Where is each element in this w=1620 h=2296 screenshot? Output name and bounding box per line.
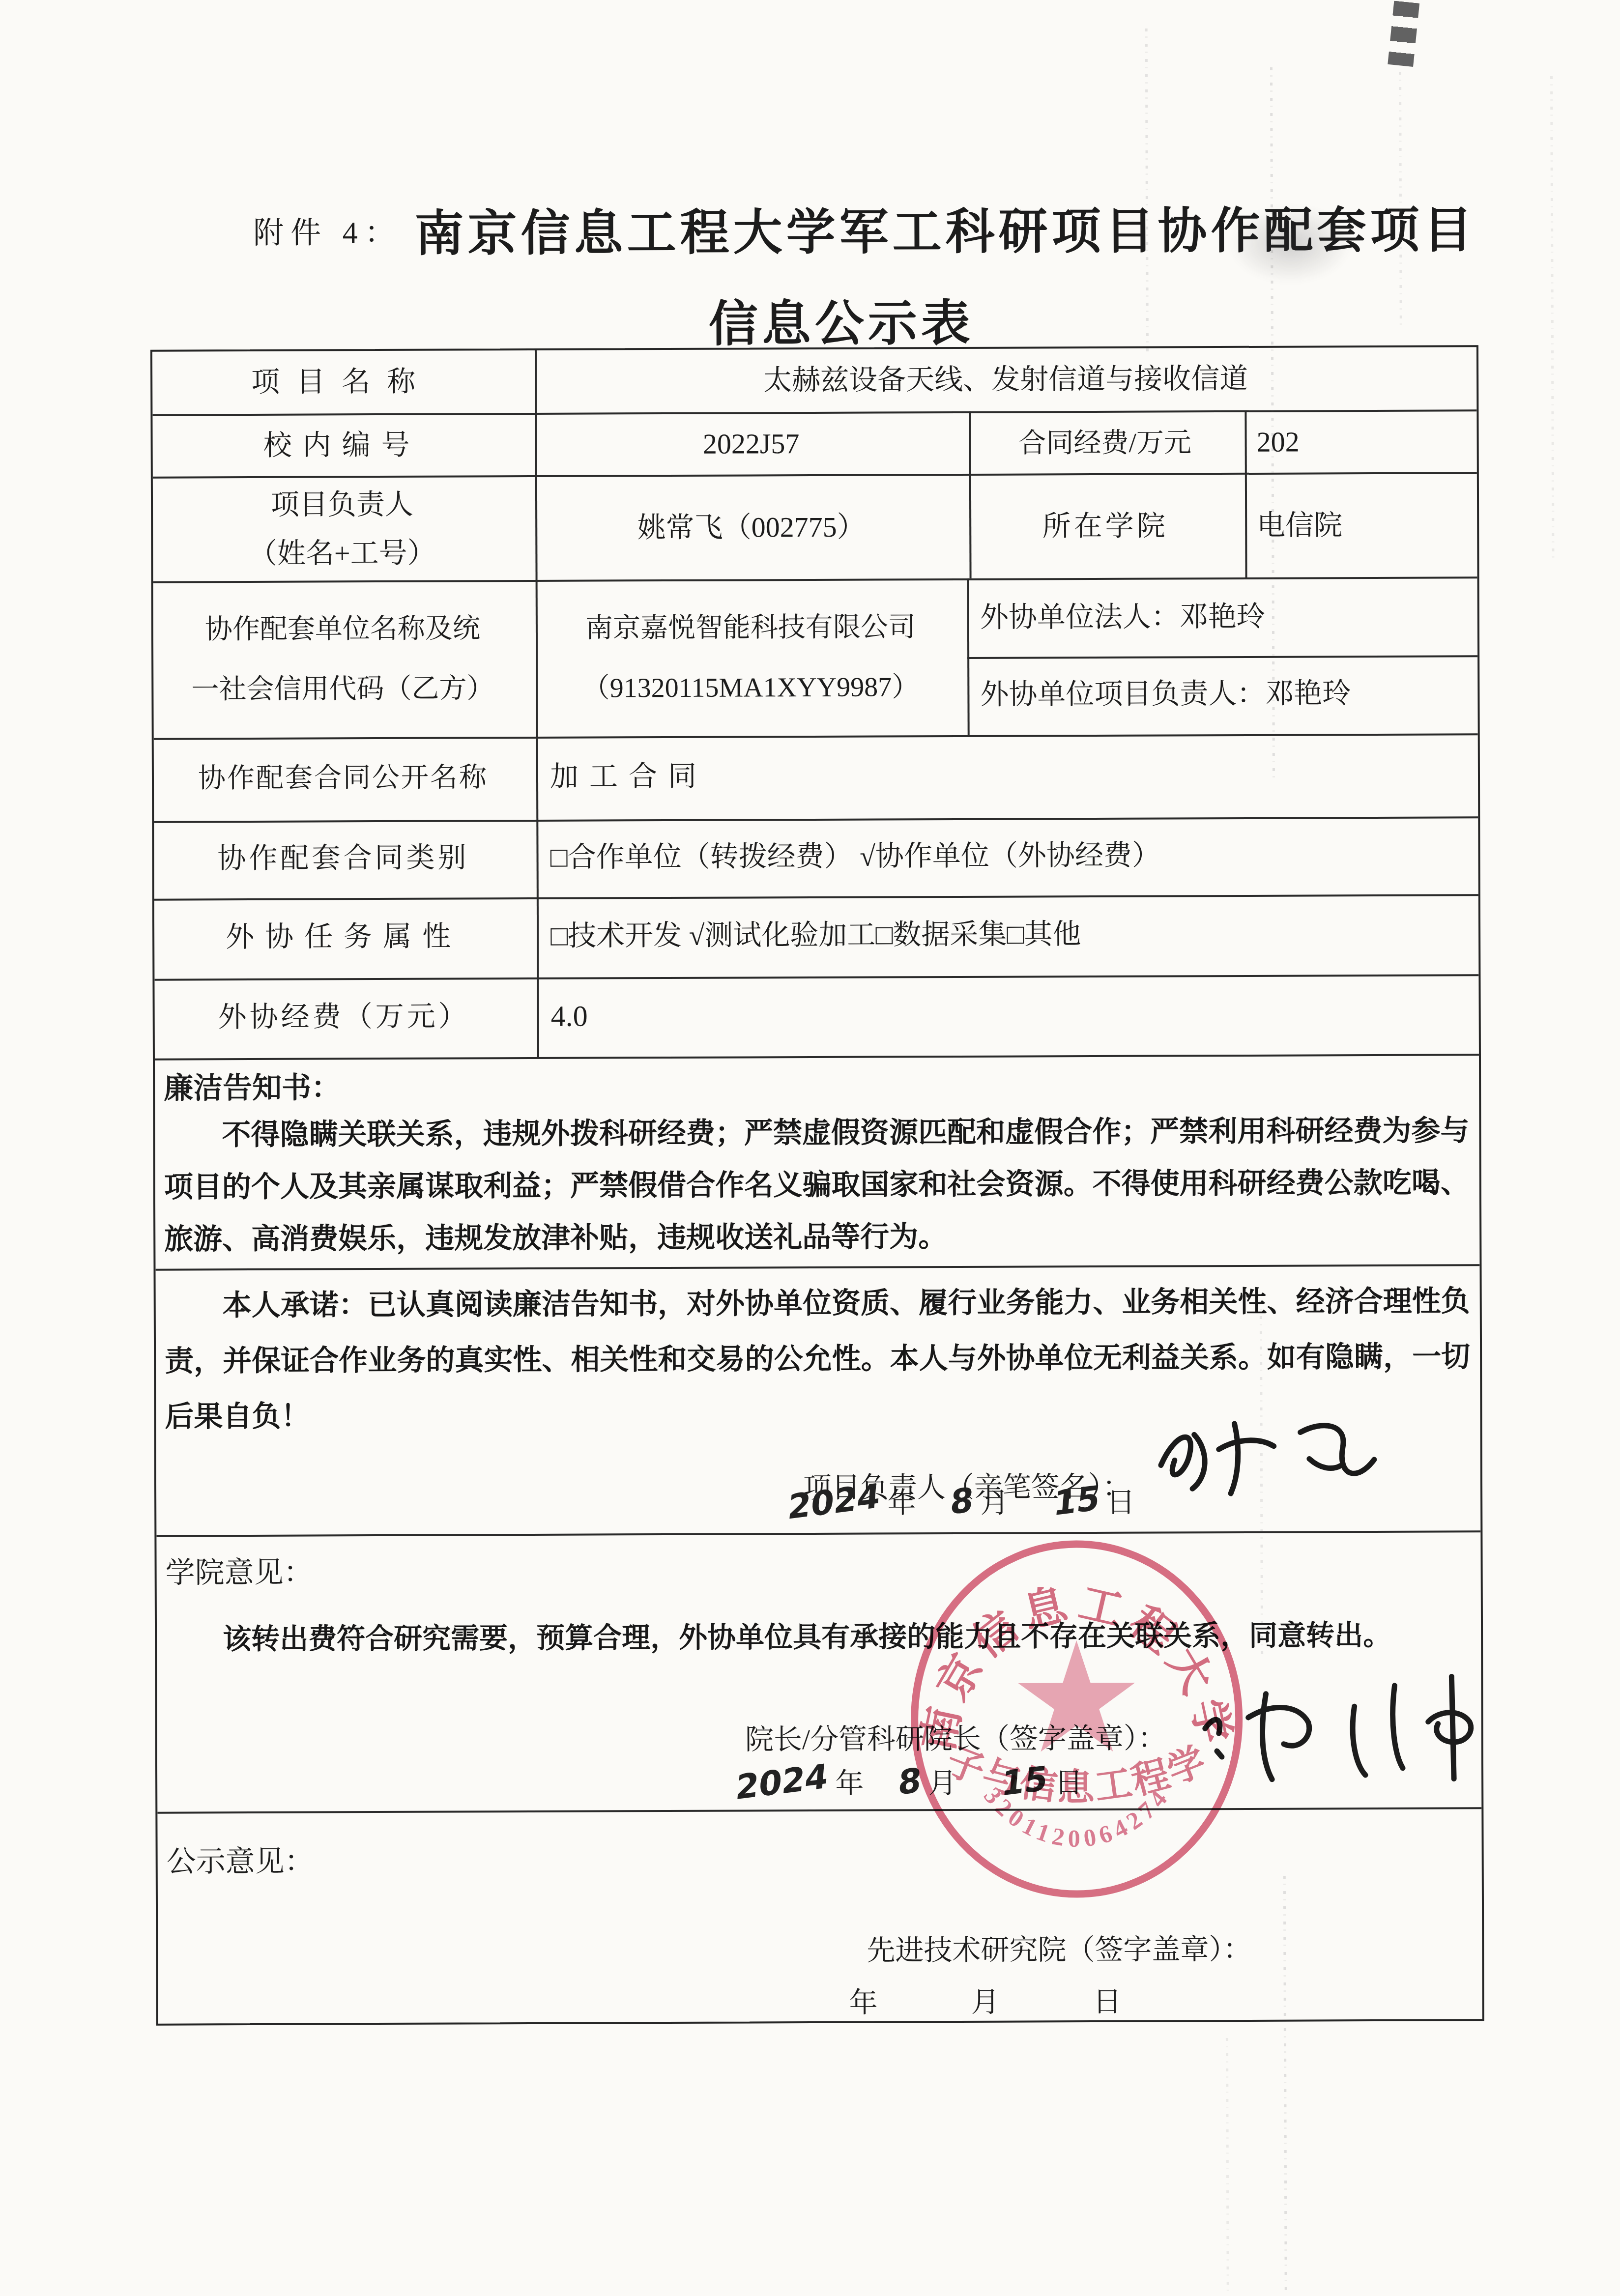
blank-date-line: 年 月 日 [849, 1978, 1215, 2021]
month-label: 月 [971, 1979, 1000, 2020]
college-value: 电信院 [1257, 474, 1474, 577]
official-seal-stamp: 南京信息工程大学 电子与信息工程学院 3201120064274 [901, 1532, 1257, 1912]
day-label: 日 [1106, 1479, 1135, 1521]
handwritten-day: 15 [1052, 1478, 1101, 1523]
year-label: 年 [835, 1760, 864, 1802]
day-label: 日 [1093, 1979, 1122, 2020]
partner-pi-label: 外协单位项目负责人： [980, 676, 1265, 713]
partner-label-line2: 一社会信用代码（乙方） [191, 671, 494, 707]
partner-value-line2: （91320115MA1XYY9987） [582, 670, 919, 705]
year-label: 年 [849, 1980, 878, 2021]
integrity-body: 不得隐瞒关联关系，违规外拨科研经费；严禁虚假资源匹配和虚假合作；严禁利用科研经费… [164, 1104, 1470, 1265]
partner-pi-value: 邓艳玲 [1265, 676, 1351, 712]
divider-line [157, 1807, 1481, 1813]
contract-type-value: □合作单位（转拨经费） √协作单位（外协经费） [550, 816, 1475, 895]
integrity-title: 廉洁告知书： [164, 1064, 341, 1107]
form-title-line2: 信息公示表 [708, 284, 974, 355]
scan-artifact [1550, 76, 1554, 558]
contract-type-label: 协作配套合同类别 [152, 820, 535, 897]
divider-line [156, 1530, 1480, 1537]
partner-legal-value: 邓艳玲 [1180, 599, 1265, 635]
college-label: 所在学院 [969, 475, 1242, 578]
pi-label-line2: （姓名+工号） [249, 535, 436, 572]
scan-artifact [1145, 29, 1149, 353]
scan-artifact [1388, 0, 1419, 67]
pi-value: 姚常飞（002775） [535, 476, 968, 580]
month-label: 月 [981, 1480, 1009, 1521]
contract-fund-value: 202 [1256, 411, 1473, 473]
handwritten-year: 2024 [786, 1476, 882, 1527]
outsourcing-fund-value: 4.0 [550, 974, 1475, 1055]
paper-sheet: 附件 4： 南京信息工程大学军工科研项目协作配套项目 信息公示表 项目名称 太赫… [0, 0, 1620, 2296]
task-attribute-label: 外协任务属性 [152, 897, 535, 977]
scanned-form-page: 附件 4： 南京信息工程大学军工科研项目协作配套项目 信息公示表 项目名称 太赫… [0, 0, 1620, 2296]
partner-value-line1: 南京嘉悦智能科技有限公司 [585, 610, 916, 645]
seal-star [1018, 1640, 1135, 1752]
contract-public-name-value: 加工合同 [550, 733, 1475, 818]
divider-line [967, 578, 970, 735]
divider-line [1244, 410, 1247, 577]
attachment-label: 附件 4： [253, 207, 402, 252]
scan-artifact [1226, 2038, 1229, 2295]
handwritten-month: 8 [949, 1480, 975, 1522]
pi-label-line1: 项目负责人 [271, 487, 413, 523]
college-opinion-title: 学院意见： [165, 1549, 313, 1592]
partner-label-line1: 协作配套单位名称及统 [205, 611, 480, 647]
contract-fund-label: 合同经费/万元 [969, 412, 1241, 474]
pi-sign-date: 2024 年 8 月 15 日 [787, 1479, 1135, 1521]
handwritten-year: 2024 [734, 1757, 830, 1808]
partner-legal-label: 外协单位法人： [980, 599, 1180, 635]
scan-artifact [1229, 204, 1352, 284]
institute-sign-label: 先进技术研究院（签字盖章）： [867, 1926, 1251, 1969]
project-name-label: 项目名称 [150, 350, 533, 414]
project-name-value: 太赫兹设备天线、发射信道与接收信道 [535, 347, 1476, 413]
pi-signature-handwriting [1147, 1402, 1383, 1511]
publicity-opinion-title: 公示意见： [167, 1838, 314, 1881]
school-code-value: 2022J57 [535, 413, 967, 475]
outsourcing-fund-label: 外协经费（万元） [152, 977, 535, 1057]
task-attribute-value: □技术开发 √测试化验加工□数据采集□其他 [550, 894, 1475, 976]
scan-artifact [1399, 72, 1402, 327]
school-code-label: 校内编号 [150, 415, 533, 477]
divider-line [155, 1264, 1479, 1270]
contract-public-name-label: 协作配套合同公开名称 [152, 737, 535, 819]
year-label: 年 [887, 1480, 916, 1521]
